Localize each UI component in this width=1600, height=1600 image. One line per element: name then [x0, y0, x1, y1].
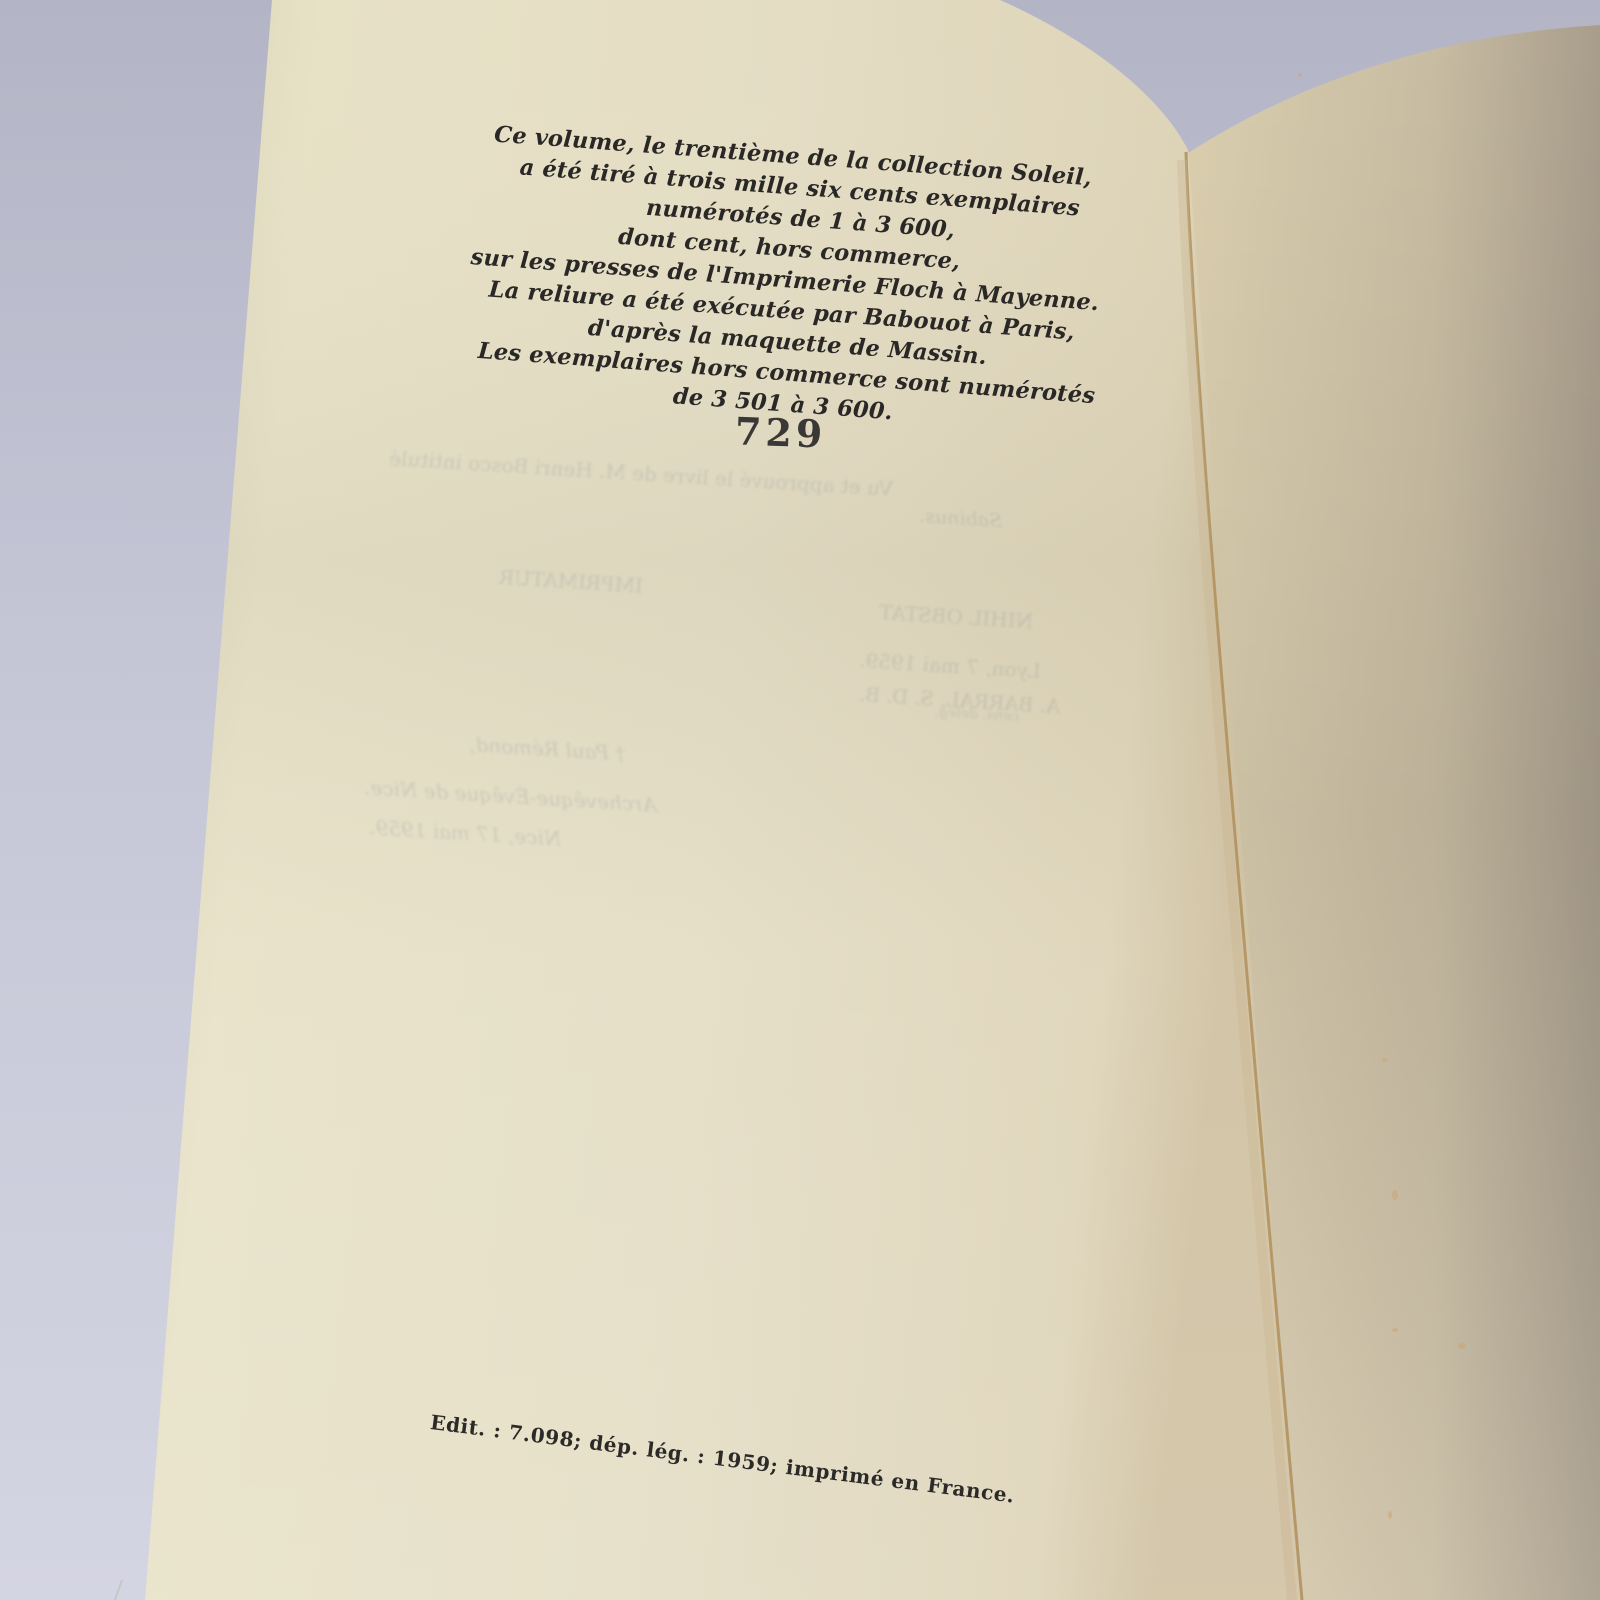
open-book-pages [0, 0, 1600, 1600]
photo-scene: Vu et approuvé le livre de M. Henri Bosc… [0, 0, 1600, 1600]
